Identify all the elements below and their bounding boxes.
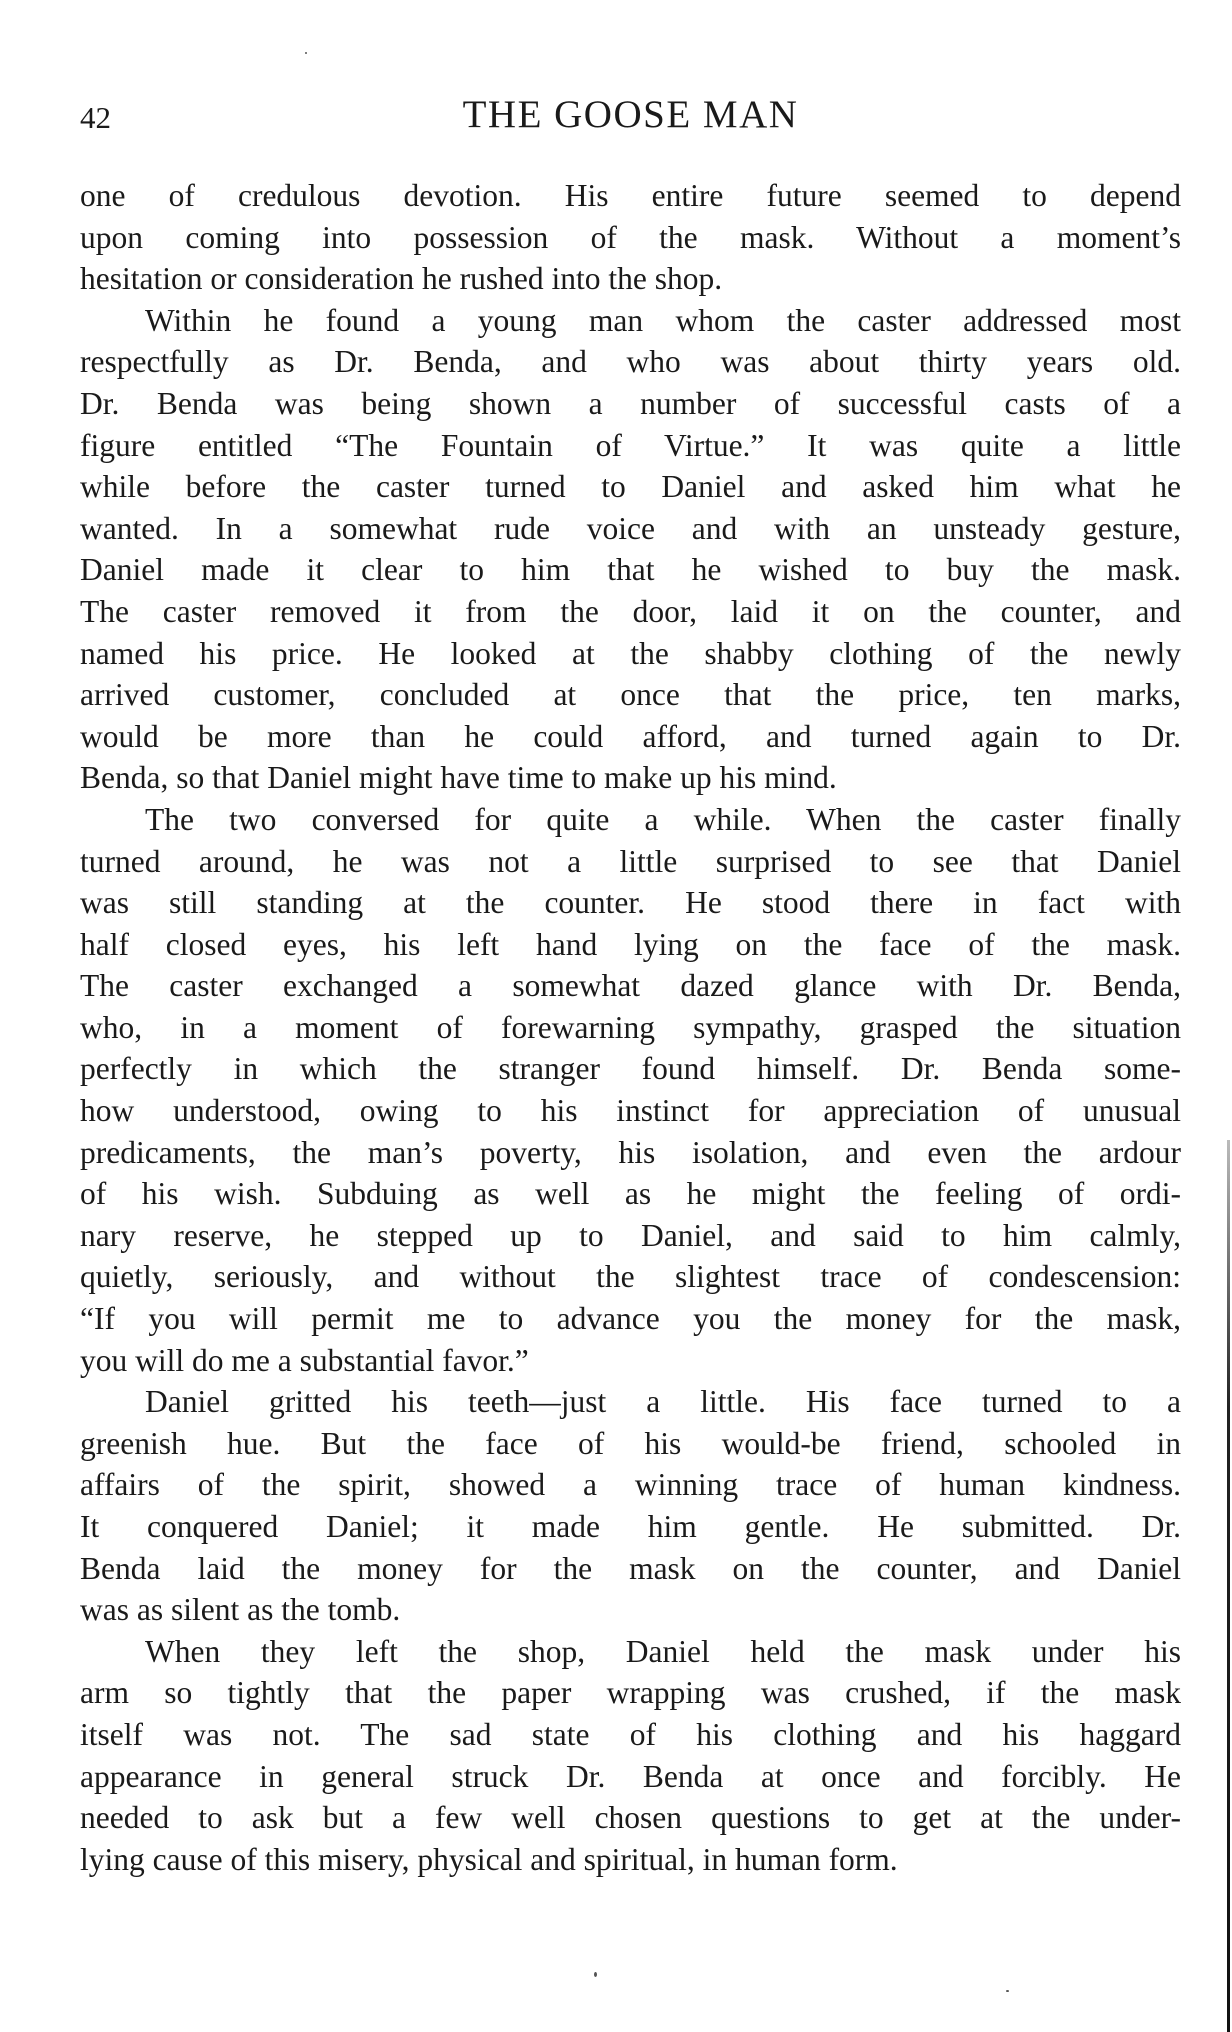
body-text: one of credulous devotion. His entire fu… [80,175,1181,1880]
text-line: Within he found a young man whom the cas… [80,300,1181,342]
text-line: The two conversed for quite a while. Whe… [80,799,1181,841]
text-line: When they left the shop, Daniel held the… [80,1631,1181,1673]
text-line: perfectly in which the stranger found hi… [80,1048,1181,1090]
paragraph: Daniel gritted his teeth—just a little. … [80,1381,1181,1631]
text-line: nary reserve, he stepped up to Daniel, a… [80,1215,1181,1257]
text-line: named his price. He looked at the shabby… [80,633,1181,675]
text-line: was as silent as the tomb. [80,1589,1181,1631]
book-page: 42 THE GOOSE MAN one of credulous devoti… [0,0,1232,2032]
text-line: was still standing at the counter. He st… [80,882,1181,924]
text-line: It conquered Daniel; it made him gentle.… [80,1506,1181,1548]
text-line: Benda laid the money for the mask on the… [80,1548,1181,1590]
print-speck [594,1972,597,1977]
text-line: predicaments, the man’s poverty, his iso… [80,1132,1181,1174]
text-line: who, in a moment of forewarning sympathy… [80,1007,1181,1049]
text-line: while before the caster turned to Daniel… [80,466,1181,508]
text-line: figure entitled “The Fountain of Virtue.… [80,425,1181,467]
text-line: respectfully as Dr. Benda, and who was a… [80,341,1181,383]
text-line: of his wish. Subduing as well as he migh… [80,1173,1181,1215]
text-line: appearance in general struck Dr. Benda a… [80,1756,1181,1798]
text-line: Daniel made it clear to him that he wish… [80,549,1181,591]
text-line: one of credulous devotion. His entire fu… [80,175,1181,217]
text-line: The caster removed it from the door, lai… [80,591,1181,633]
page-edge-shadow [1227,1140,1230,2032]
text-line: The caster exchanged a somewhat dazed gl… [80,965,1181,1007]
text-line: Benda, so that Daniel might have time to… [80,757,1181,799]
text-line: “If you will permit me to advance you th… [80,1298,1181,1340]
text-line: arm so tightly that the paper wrapping w… [80,1672,1181,1714]
text-line: turned around, he was not a little surpr… [80,841,1181,883]
text-line: half closed eyes, his left hand lying on… [80,924,1181,966]
print-speck [305,52,307,54]
text-line: quietly, seriously, and without the slig… [80,1256,1181,1298]
text-line: would be more than he could afford, and … [80,716,1181,758]
text-line: arrived customer, concluded at once that… [80,674,1181,716]
running-head: 42 THE GOOSE MAN [80,92,1181,142]
text-line: greenish hue. But the face of his would-… [80,1423,1181,1465]
paragraph: The two conversed for quite a while. Whe… [80,799,1181,1381]
paragraph: one of credulous devotion. His entire fu… [80,175,1181,300]
text-line: hesitation or consideration he rushed in… [80,258,1181,300]
text-line: wanted. In a somewhat rude voice and wit… [80,508,1181,550]
text-line: upon coming into possession of the mask.… [80,217,1181,259]
text-line: lying cause of this misery, physical and… [80,1839,1181,1881]
book-title: THE GOOSE MAN [80,92,1181,137]
text-line: needed to ask but a few well chosen ques… [80,1797,1181,1839]
text-line: itself was not. The sad state of his clo… [80,1714,1181,1756]
text-line: how understood, owing to his instinct fo… [80,1090,1181,1132]
paragraph: When they left the shop, Daniel held the… [80,1631,1181,1881]
text-line: you will do me a substantial favor.” [80,1340,1181,1382]
paragraph: Within he found a young man whom the cas… [80,300,1181,799]
text-line: Daniel gritted his teeth—just a little. … [80,1381,1181,1423]
print-speck [1006,1990,1009,1992]
text-line: Dr. Benda was being shown a number of su… [80,383,1181,425]
text-line: affairs of the spirit, showed a winning … [80,1464,1181,1506]
